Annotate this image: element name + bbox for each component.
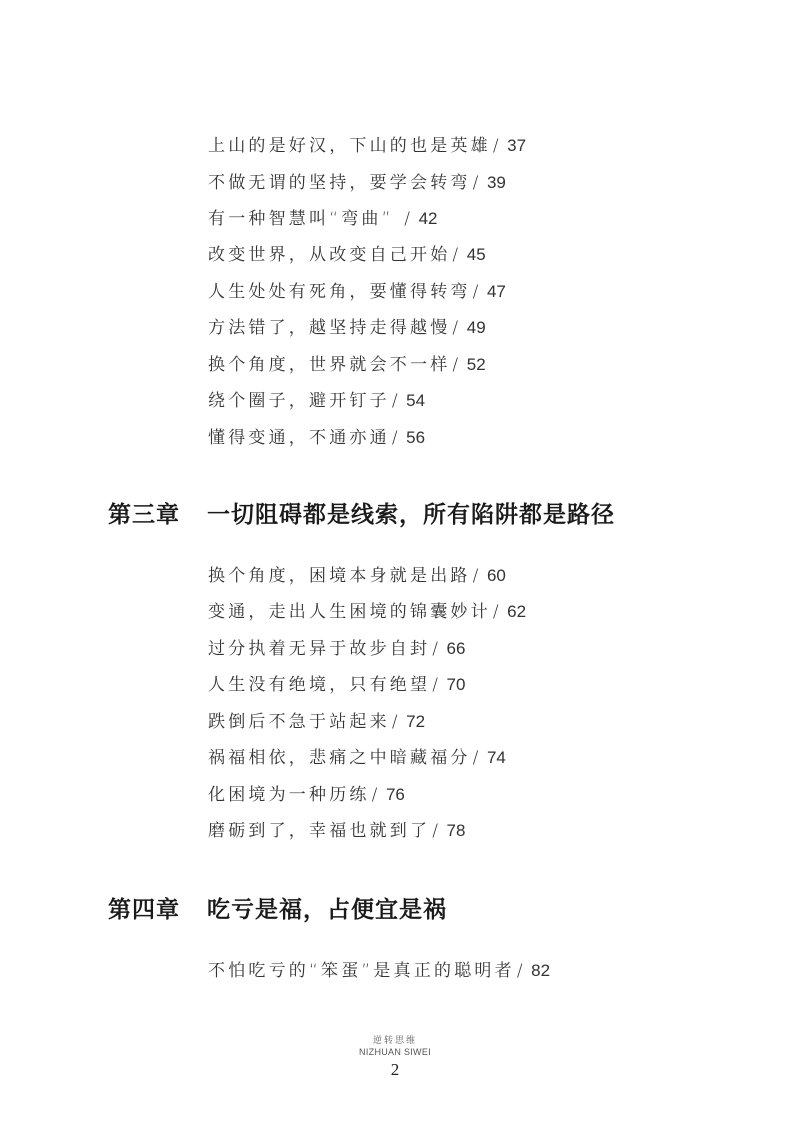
entry-page: 42	[419, 209, 438, 228]
entry-title: 祸福相依，悲痛之中暗藏福分	[208, 748, 471, 768]
entry-page: 45	[467, 245, 486, 264]
entry-title: 跌倒后不急于站起来	[208, 712, 390, 732]
entry-title: 化困境为一种历练	[208, 785, 370, 805]
separator: /	[517, 961, 523, 981]
chapter-number: 第三章	[108, 500, 207, 530]
entry-page: 72	[406, 712, 425, 731]
entry-title: 不做无谓的坚持，要学会转弯	[208, 173, 471, 193]
toc-entry[interactable]: 磨砺到了，幸福也就到了/ 78	[208, 820, 465, 842]
entry-page: 37	[507, 136, 526, 155]
entry-page: 39	[487, 173, 506, 192]
separator: /	[452, 245, 458, 265]
entry-title: 改变世界，从改变自己开始	[208, 245, 450, 265]
chapter-heading[interactable]: 第四章吃亏是福，占便宜是祸	[108, 895, 447, 925]
entry-title: 上山的是好汉，下山的也是英雄	[208, 136, 491, 156]
toc-entry[interactable]: 懂得变通，不通亦通/ 56	[208, 427, 425, 449]
separator: /	[493, 136, 499, 156]
entry-page: 47	[487, 282, 506, 301]
entry-page: 56	[406, 428, 425, 447]
chapter-heading[interactable]: 第三章一切阻碍都是线索，所有陷阱都是路径	[108, 500, 615, 530]
entry-title: 不怕吃亏的“笨蛋”是真正的聪明者	[208, 961, 515, 981]
chapter-title: 一切阻碍都是线索，所有陷阱都是路径	[207, 501, 615, 528]
entry-page: 49	[467, 318, 486, 337]
separator: /	[473, 748, 479, 768]
toc-entry[interactable]: 换个角度，世界就会不一样/ 52	[208, 354, 486, 376]
entry-title: 换个角度，困境本身就是出路	[208, 566, 471, 586]
entry-page: 54	[406, 391, 425, 410]
entry-page: 74	[487, 748, 506, 767]
entry-page: 76	[386, 785, 405, 804]
toc-entry[interactable]: 有一种智慧叫“弯曲” / 42	[208, 208, 438, 230]
toc-entry[interactable]: 跌倒后不急于站起来/ 72	[208, 711, 425, 733]
entry-title: 懂得变通，不通亦通	[208, 428, 390, 448]
separator: /	[432, 675, 438, 695]
entry-page: 66	[447, 639, 466, 658]
separator: /	[372, 785, 378, 805]
entry-title: 换个角度，世界就会不一样	[208, 355, 450, 375]
entry-title: 人生没有绝境，只有绝望	[208, 675, 430, 695]
separator: /	[493, 602, 499, 622]
entry-title: 绕个圈子，避开钉子	[208, 391, 390, 411]
toc-entry[interactable]: 人生没有绝境，只有绝望/ 70	[208, 674, 465, 696]
document-page: 上山的是好汉，下山的也是英雄/ 37 不做无谓的坚持，要学会转弯/ 39 有一种…	[0, 0, 790, 1144]
toc-entry[interactable]: 绕个圈子，避开钉子/ 54	[208, 390, 425, 412]
entry-title: 方法错了，越坚持走得越慢	[208, 318, 450, 338]
entry-title: 过分执着无异于故步自封	[208, 639, 430, 659]
toc-entry[interactable]: 换个角度，困境本身就是出路/ 60	[208, 565, 506, 587]
separator: /	[392, 712, 398, 732]
toc-entry[interactable]: 人生处处有死角，要懂得转弯/ 47	[208, 281, 506, 303]
separator: /	[392, 391, 398, 411]
separator: /	[473, 282, 479, 302]
entry-page: 62	[507, 602, 526, 621]
toc-entry[interactable]: 祸福相依，悲痛之中暗藏福分/ 74	[208, 747, 506, 769]
entry-page: 70	[447, 675, 466, 694]
entry-title: 磨砺到了，幸福也就到了	[208, 821, 430, 841]
chapter-number: 第四章	[108, 895, 207, 925]
separator: /	[404, 209, 410, 229]
entry-page: 82	[531, 961, 550, 980]
entry-page: 60	[487, 566, 506, 585]
separator: /	[473, 566, 479, 586]
footer-book-pinyin: NIZHUAN SIWEI	[0, 1047, 790, 1057]
separator: /	[392, 428, 398, 448]
toc-entry[interactable]: 不做无谓的坚持，要学会转弯/ 39	[208, 172, 506, 194]
entry-title: 变通，走出人生困境的锦囊妙计	[208, 602, 491, 622]
separator: /	[473, 173, 479, 193]
chapter-title: 吃亏是福，占便宜是祸	[207, 896, 447, 923]
toc-entry[interactable]: 过分执着无异于故步自封/ 66	[208, 638, 465, 660]
footer-book-title: 逆转思维	[0, 1033, 790, 1046]
separator: /	[432, 639, 438, 659]
toc-entry[interactable]: 上山的是好汉，下山的也是英雄/ 37	[208, 135, 526, 157]
entry-page: 78	[447, 821, 466, 840]
entry-title: 有一种智慧叫“弯曲”	[208, 209, 394, 229]
separator: /	[452, 318, 458, 338]
toc-entry[interactable]: 不怕吃亏的“笨蛋”是真正的聪明者/ 82	[208, 960, 550, 982]
separator: /	[452, 355, 458, 375]
toc-entry[interactable]: 化困境为一种历练/ 76	[208, 784, 405, 806]
toc-entry[interactable]: 变通，走出人生困境的锦囊妙计/ 62	[208, 601, 526, 623]
separator: /	[432, 821, 438, 841]
page-number: 2	[0, 1060, 790, 1080]
entry-title: 人生处处有死角，要懂得转弯	[208, 282, 471, 302]
toc-entry[interactable]: 方法错了，越坚持走得越慢/ 49	[208, 317, 486, 339]
entry-page: 52	[467, 355, 486, 374]
toc-entry[interactable]: 改变世界，从改变自己开始/ 45	[208, 244, 486, 266]
